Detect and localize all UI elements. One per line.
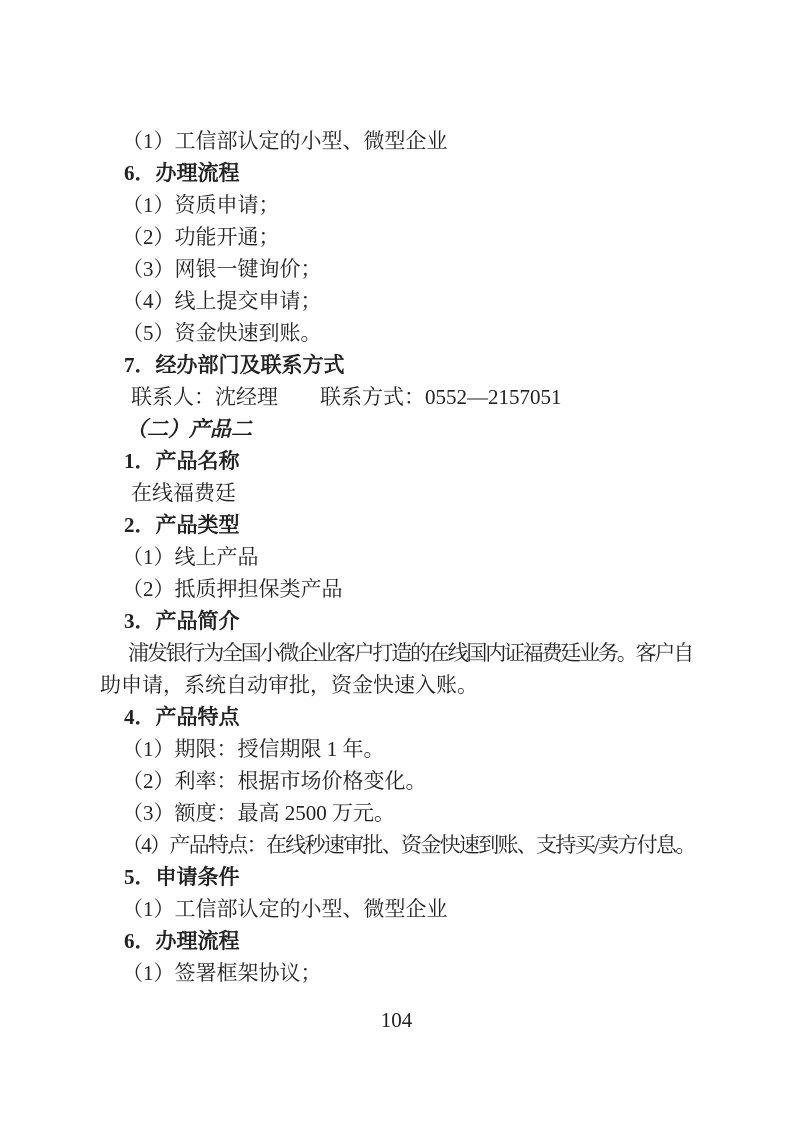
text-line: （1）签署框架协议； — [100, 957, 696, 989]
text-line: （2）利率：根据市场价格变化。 — [100, 765, 696, 797]
text-line: （2）功能开通； — [100, 221, 696, 253]
text-line: 联系人：沈经理 联系方式：0552—2157051 — [100, 381, 696, 413]
text-line: （1）工信部认定的小型、微型企业 — [100, 125, 696, 157]
text-line: 在线福费廷 — [100, 477, 696, 509]
text-line: 4．产品特点 — [100, 701, 696, 733]
text-line: （3）额度：最高 2500 万元。 — [100, 797, 696, 829]
text-line: （2）抵质押担保类产品 — [100, 573, 696, 605]
text-line: （4）产品特点：在线秒速审批、资金快速到账、支持买/卖方付息。 — [100, 829, 696, 861]
text-line: 7．经办部门及联系方式 — [100, 349, 696, 381]
document-page: （1）工信部认定的小型、微型企业6．办理流程（1）资质申请；（2）功能开通；（3… — [0, 0, 793, 1122]
text-line: 6．办理流程 — [100, 157, 696, 189]
text-line: （3）网银一键询价； — [100, 253, 696, 285]
text-line: 1．产品名称 — [100, 445, 696, 477]
text-line: （1）期限：授信期限 1 年。 — [100, 733, 696, 765]
text-line: （1）工信部认定的小型、微型企业 — [100, 893, 696, 925]
text-line: （5）资金快速到账。 — [100, 317, 696, 349]
text-line: （二）产品二 — [100, 413, 696, 445]
text-line: （1）线上产品 — [100, 541, 696, 573]
text-line: 3．产品简介 — [100, 605, 696, 637]
text-line: （4）线上提交申请； — [100, 285, 696, 317]
page-content: （1）工信部认定的小型、微型企业6．办理流程（1）资质申请；（2）功能开通；（3… — [100, 125, 696, 989]
text-line: （1）资质申请； — [100, 189, 696, 221]
text-line: 5．申请条件 — [100, 861, 696, 893]
text-line: 助申请，系统自动审批，资金快速入账。 — [100, 669, 696, 701]
page-number: 104 — [0, 1004, 793, 1036]
text-line: 6．办理流程 — [100, 925, 696, 957]
text-line: 2．产品类型 — [100, 509, 696, 541]
text-line: 浦发银行为全国小微企业客户打造的在线国内证福费廷业务。客户自 — [100, 637, 696, 669]
